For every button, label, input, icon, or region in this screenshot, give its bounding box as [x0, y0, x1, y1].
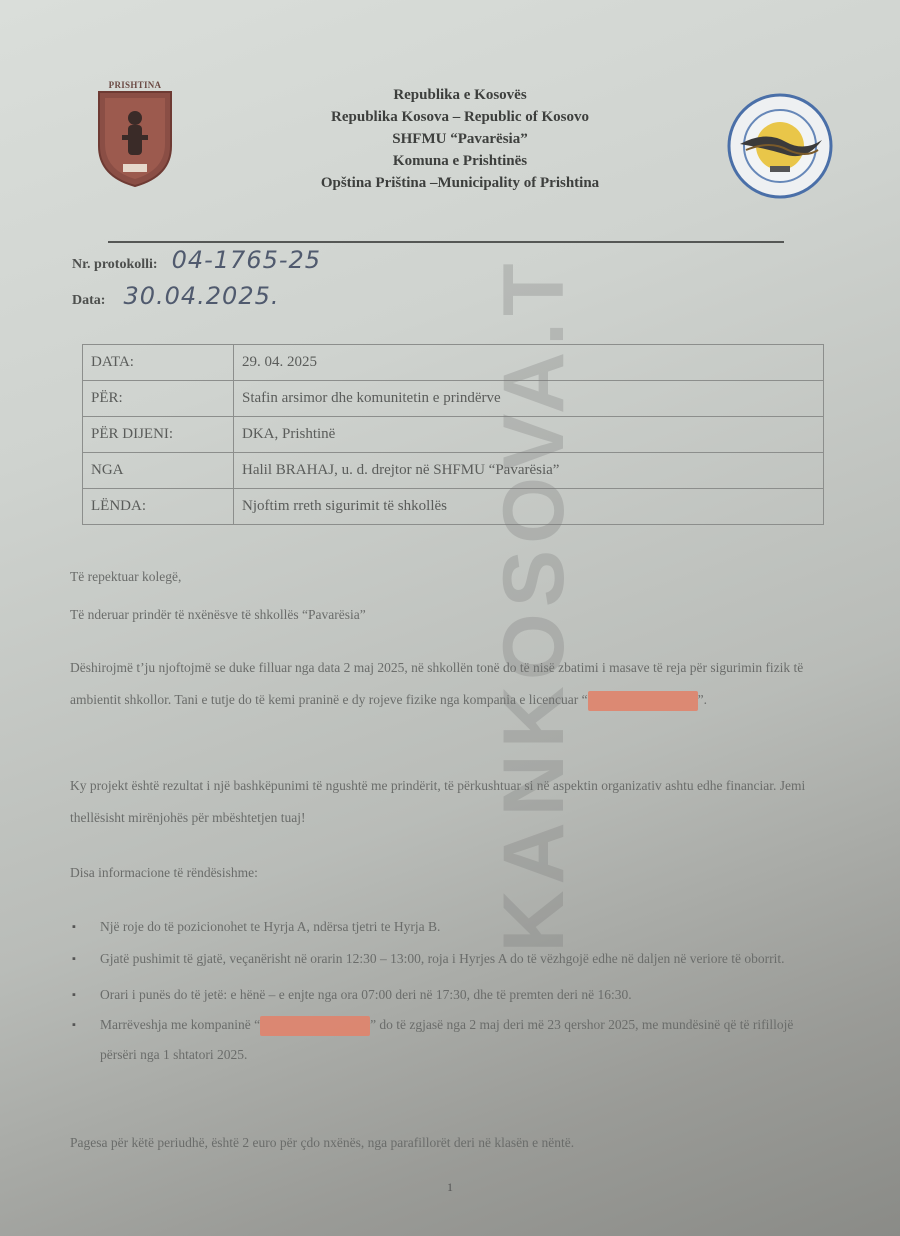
memo-key: PËR:: [83, 381, 234, 417]
school-seal-logo: [726, 92, 834, 200]
table-row: NGA Halil BRAHAJ, u. d. drejtor në SHFMU…: [83, 453, 824, 489]
list-item: Një roje do të pozicionohet te Hyrja A, …: [70, 912, 830, 942]
greeting-parents: Të nderuar prindër të nxënësve të shkoll…: [70, 604, 830, 626]
greeting-colleagues: Të repektuar kolegë,: [70, 566, 830, 588]
info-list: Një roje do të pozicionohet te Hyrja A, …: [70, 912, 830, 1070]
header-line: Komuna e Prishtinës: [260, 150, 660, 172]
date-row: Data: 30.04.2025.: [72, 282, 279, 310]
memo-table: DATA: 29. 04. 2025 PËR: Stafin arsimor d…: [82, 344, 824, 525]
document-header: Republika e Kosovës Republika Kosova – R…: [260, 84, 660, 194]
header-line: Republika e Kosovës: [260, 84, 660, 106]
table-row: PËR: Stafin arsimor dhe komunitetin e pr…: [83, 381, 824, 417]
page-number: 1: [440, 1180, 460, 1195]
memo-key: LËNDA:: [83, 489, 234, 525]
date-value: 30.04.2025.: [123, 282, 279, 310]
redacted-company-name: [588, 691, 698, 711]
memo-key: DATA:: [83, 345, 234, 381]
table-row: LËNDA: Njoftim rreth sigurimit të shkoll…: [83, 489, 824, 525]
watermark: KANKOSOVA.T: [485, 245, 575, 965]
prishtina-crest-logo: PRISHTINA: [95, 80, 175, 188]
header-divider: [108, 241, 784, 243]
table-row: PËR DIJENI: DKA, Prishtinë: [83, 417, 824, 453]
protocol-number: 04-1765-25: [172, 246, 321, 274]
list-item-text: Marrëveshja me kompaninë “: [100, 1017, 260, 1032]
header-line: Republika Kosova – Republic of Kosovo: [260, 106, 660, 128]
protocol-row: Nr. protokolli: 04-1765-25: [72, 246, 321, 274]
date-label: Data:: [72, 293, 105, 308]
table-row: DATA: 29. 04. 2025: [83, 345, 824, 381]
header-line: Opština Priština –Municipality of Prisht…: [260, 172, 660, 194]
paragraph-cooperation: Ky projekt është rezultat i një bashkëpu…: [70, 770, 830, 834]
paragraph-payment: Pagesa për këtë periudhë, është 2 euro p…: [70, 1132, 830, 1154]
paragraph-announcement: Dëshirojmë t’ju njoftojmë se duke fillua…: [70, 652, 830, 716]
paragraph-text: ”.: [698, 692, 707, 707]
info-heading: Disa informacione të rëndësishme:: [70, 862, 830, 884]
redacted-company-name: [260, 1016, 370, 1036]
memo-key: PËR DIJENI:: [83, 417, 234, 453]
list-item: Marrëveshja me kompaninë “” do të zgjasë…: [70, 1010, 830, 1070]
crest-label: PRISHTINA: [95, 80, 175, 90]
memo-key: NGA: [83, 453, 234, 489]
protocol-label: Nr. protokolli:: [72, 257, 158, 272]
list-item: Gjatë pushimit të gjatë, veçanërisht në …: [70, 944, 830, 974]
list-item: Orari i punës do të jetë: e hënë – e enj…: [70, 980, 830, 1010]
header-line: SHFMU “Pavarësia”: [260, 128, 660, 150]
